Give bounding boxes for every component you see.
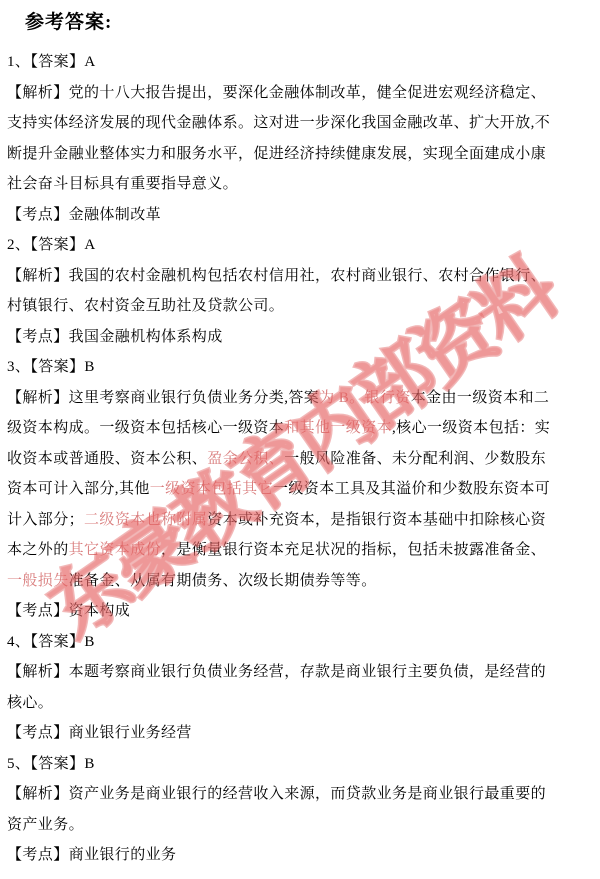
keypoint-paragraph: 【考点】商业银行的业务 bbox=[7, 840, 554, 871]
answer-label: 【答案】 bbox=[30, 634, 84, 650]
analysis-text-segment: 这里考察商业银行负债业务分类,答案 bbox=[69, 390, 320, 406]
answer-label: 【答案】 bbox=[30, 54, 84, 70]
analysis-text-segment: 其它资本成份 bbox=[69, 542, 161, 558]
analysis-text-segment: 一级资本包括其它 bbox=[150, 481, 273, 497]
analysis-text-segment: 和其他一级资本 bbox=[284, 420, 392, 436]
answer-value: B bbox=[84, 359, 94, 375]
keypoint-label: 【考点】 bbox=[7, 847, 69, 863]
page-title: 参考答案: bbox=[25, 8, 554, 38]
answer-label: 【答案】 bbox=[30, 237, 84, 253]
keypoint-paragraph: 【考点】商业银行业务经营 bbox=[7, 718, 554, 749]
answer-value: A bbox=[84, 54, 95, 70]
answer-block: 1、【答案】A 【解析】党的十八大报告提出，要深化金融体制改革，健全促进宏观经济… bbox=[7, 47, 554, 230]
analysis-text-segment: ，是衡量银行资本充足状况的指标，包括未披露准备金、 bbox=[161, 542, 546, 558]
analysis-text: 我国的农村金融机构包括农村信用社，农村商业银行、农村合作银行、村镇银行、农村资金… bbox=[7, 268, 546, 315]
keypoint-paragraph: 【考点】我国金融机构体系构成 bbox=[7, 322, 554, 353]
answer-number: 3、 bbox=[7, 359, 30, 375]
analysis-label: 【解析】 bbox=[7, 786, 69, 802]
analysis-label: 【解析】 bbox=[7, 390, 69, 406]
analysis-paragraph: 【解析】资产业务是商业银行的经营收入来源，而贷款业务是商业银行最重要的资产业务。 bbox=[7, 779, 554, 840]
answer-block: 3、【答案】B 【解析】这里考察商业银行负债业务分类,答案为 B。银行资本金由一… bbox=[7, 352, 554, 627]
keypoint-label: 【考点】 bbox=[7, 329, 69, 345]
answer-label: 【答案】 bbox=[30, 756, 84, 772]
answer-block: 2、【答案】A 【解析】我国的农村金融机构包括农村信用社，农村商业银行、农村合作… bbox=[7, 230, 554, 352]
answers-list: 1、【答案】A 【解析】党的十八大报告提出，要深化金融体制改革，健全促进宏观经济… bbox=[7, 47, 554, 871]
analysis-text: 党的十八大报告提出，要深化金融体制改革，健全促进宏观经济稳定、支持实体经济发展的… bbox=[7, 85, 550, 193]
answer-line: 5、【答案】B bbox=[7, 749, 554, 780]
answer-value: B bbox=[84, 634, 94, 650]
answer-number: 2、 bbox=[7, 237, 30, 253]
analysis-paragraph: 【解析】这里考察商业银行负债业务分类,答案为 B。银行资本金由一级资本和二级资本… bbox=[7, 383, 554, 597]
answer-block: 5、【答案】B 【解析】资产业务是商业银行的经营收入来源，而贷款业务是商业银行最… bbox=[7, 749, 554, 871]
keypoint-value: 商业银行的业务 bbox=[69, 847, 177, 863]
analysis-text-segment: 党的十八大报告提出，要深化金融体制改革，健全促进宏观经济稳定、支持实体经济发展的… bbox=[7, 85, 550, 193]
keypoint-value: 我国金融机构体系构成 bbox=[69, 329, 223, 345]
analysis-text: 这里考察商业银行负债业务分类,答案为 B。银行资本金由一级资本和二级资本构成。一… bbox=[7, 390, 550, 589]
answer-line: 2、【答案】A bbox=[7, 230, 554, 261]
analysis-text-segment: 准备金、从属有期债务、次级长期债券等等。 bbox=[69, 573, 377, 589]
answer-value: B bbox=[84, 756, 94, 772]
answer-line: 4、【答案】B bbox=[7, 627, 554, 658]
answer-number: 4、 bbox=[7, 634, 30, 650]
answer-line: 1、【答案】A bbox=[7, 47, 554, 78]
answer-line: 3、【答案】B bbox=[7, 352, 554, 383]
keypoint-paragraph: 【考点】资本构成 bbox=[7, 596, 554, 627]
answer-value: A bbox=[84, 237, 95, 253]
analysis-text-segment: 一般损失 bbox=[7, 573, 69, 589]
keypoint-label: 【考点】 bbox=[7, 207, 69, 223]
analysis-paragraph: 【解析】党的十八大报告提出，要深化金融体制改革，健全促进宏观经济稳定、支持实体经… bbox=[7, 78, 554, 200]
analysis-paragraph: 【解析】我国的农村金融机构包括农村信用社，农村商业银行、农村合作银行、村镇银行、… bbox=[7, 261, 554, 322]
keypoint-value: 资本构成 bbox=[69, 603, 131, 619]
analysis-text-segment: 为 B。银行资 bbox=[319, 390, 411, 406]
analysis-text-segment: 盈余公积、 bbox=[207, 451, 284, 467]
analysis-label: 【解析】 bbox=[7, 268, 69, 284]
document-page: 参考答案: 1、【答案】A 【解析】党的十八大报告提出，要深化金融体制改革，健全… bbox=[0, 0, 600, 871]
analysis-paragraph: 【解析】本题考察商业银行负债业务经营，存款是商业银行主要负债，是经营的核心。 bbox=[7, 657, 554, 718]
answer-block: 4、【答案】B 【解析】本题考察商业银行负债业务经营，存款是商业银行主要负债，是… bbox=[7, 627, 554, 749]
analysis-label: 【解析】 bbox=[7, 85, 69, 101]
analysis-text-segment: 我国的农村金融机构包括农村信用社，农村商业银行、农村合作银行、村镇银行、农村资金… bbox=[7, 268, 546, 315]
analysis-text: 资产业务是商业银行的经营收入来源，而贷款业务是商业银行最重要的资产业务。 bbox=[7, 786, 546, 833]
analysis-text-segment: 本题考察商业银行负债业务经营，存款是商业银行主要负债，是经营的核心。 bbox=[7, 664, 546, 711]
keypoint-value: 金融体制改革 bbox=[69, 207, 161, 223]
keypoint-label: 【考点】 bbox=[7, 603, 69, 619]
answer-number: 1、 bbox=[7, 54, 30, 70]
analysis-label: 【解析】 bbox=[7, 664, 69, 680]
answer-label: 【答案】 bbox=[30, 359, 84, 375]
keypoint-paragraph: 【考点】金融体制改革 bbox=[7, 200, 554, 231]
answer-number: 5、 bbox=[7, 756, 30, 772]
keypoint-label: 【考点】 bbox=[7, 725, 69, 741]
analysis-text: 本题考察商业银行负债业务经营，存款是商业银行主要负债，是经营的核心。 bbox=[7, 664, 546, 711]
analysis-text-segment: 二级资本也称附属 bbox=[84, 512, 207, 528]
analysis-text-segment: 资产业务是商业银行的经营收入来源，而贷款业务是商业银行最重要的资产业务。 bbox=[7, 786, 546, 833]
keypoint-value: 商业银行业务经营 bbox=[69, 725, 192, 741]
